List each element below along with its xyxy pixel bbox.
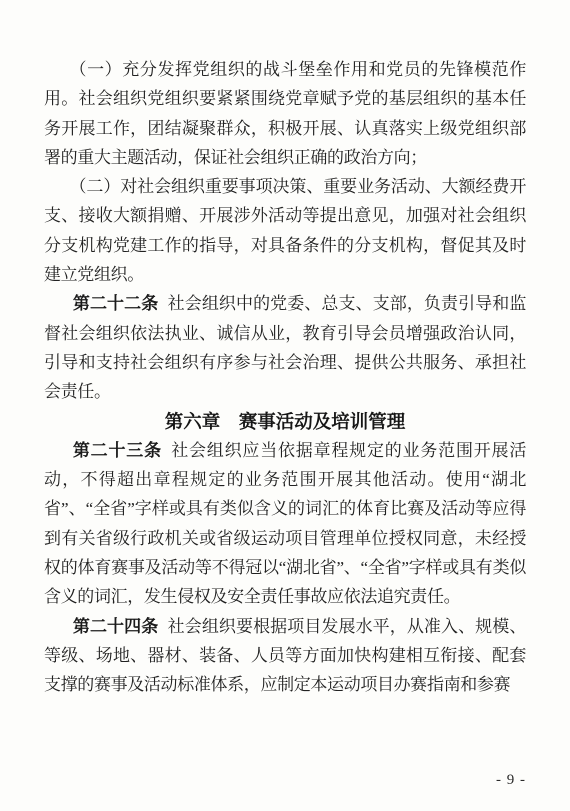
article-24-label: 第二十四条 (73, 617, 158, 636)
document-page: （一）充分发挥党组织的战斗堡垒作用和党员的先锋模范作用。社会组织党组织要紧紧围绕… (0, 0, 570, 811)
article-22-paragraph: 第二十二条社会组织中的党委、总支、支部，负责引导和监督社会组织依法执业、诚信从业… (44, 289, 526, 406)
clause-paragraph-2: （二）对社会组织重要事项决策、重要业务活动、大额经费开支、接收大额捐赠、开展涉外… (44, 172, 526, 289)
chapter-heading: 第六章 赛事活动及培训管理 (44, 407, 526, 436)
article-23-text: 社会组织应当依据章程规定的业务范围开展活动，不得超出章程规定的业务范围开展其他活… (44, 441, 526, 606)
page-number: - 9 - (496, 772, 526, 789)
document-body: （一）充分发挥党组织的战斗堡垒作用和党员的先锋模范作用。社会组织党组织要紧紧围绕… (44, 55, 526, 700)
clause-paragraph-1: （一）充分发挥党组织的战斗堡垒作用和党员的先锋模范作用。社会组织党组织要紧紧围绕… (44, 55, 526, 172)
article-23-paragraph: 第二十三条社会组织应当依据章程规定的业务范围开展活动，不得超出章程规定的业务范围… (44, 436, 526, 612)
article-23-label: 第二十三条 (73, 441, 162, 460)
article-24-paragraph: 第二十四条社会组织要根据项目发展水平，从准入、规模、等级、场地、器材、装备、人员… (44, 612, 526, 700)
article-22-label: 第二十二条 (73, 294, 158, 313)
